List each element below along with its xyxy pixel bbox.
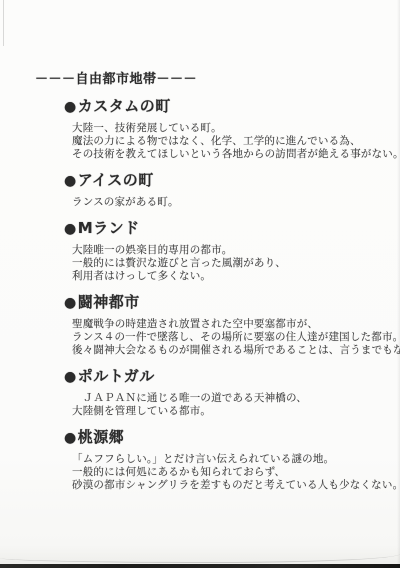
section-body: ランスの家がある町。 [64,196,386,209]
section-portugal: ●ポルトガル ＪＡＰＡＮに通じる唯一の道である天神橋の、 大陸側を管理している都… [64,368,386,418]
body-line: ランスの家がある町。 [72,196,386,209]
body-line: 砂漠の都市シャングリラを差すものだと考えている人も少なくない。 [72,479,386,492]
section-body: 「ムフフらしい。」とだけ言い伝えられている謎の地。 一般的には何処にあるかも知ら… [64,453,386,492]
body-line: 「ムフフらしい。」とだけ言い伝えられている謎の地。 [72,453,386,466]
body-line: 聖魔戦争の時建造され放置された空中要塞都市が、 [72,318,386,331]
scan-bottom-edge [0,564,400,568]
section-title: Mランド [78,219,140,237]
scanned-page: －－－自由都市地帯－－－ ●カスタムの町 大陸一、技術発展している町。 魔法の力… [0,0,400,568]
section-body: 大陸一、技術発展している町。 魔法の力による物ではなく、化学、工学的に進んでいる… [64,122,386,161]
section-m-land: ●Mランド 大陸唯一の娯楽目的専用の都市。 一般的には贅沢な遊びと言った風潮があ… [64,220,386,283]
body-line: 一般的には何処にあるかも知られておらず、 [72,466,386,479]
section-body: ＪＡＰＡＮに通じる唯一の道である天神橋の、 大陸側を管理している都市。 [64,392,386,418]
scan-edge-left [3,0,4,46]
bullet-icon: ● [64,221,77,237]
section-body: 聖魔戦争の時建造され放置された空中要塞都市が、 ランス４の一件で墜落し、その場所… [64,318,386,357]
body-line: 後々闘神大会なるものが開催される場所であることは、言うまでもない。 [72,344,386,357]
body-line: 大陸唯一の娯楽目的専用の都市。 [72,244,386,257]
section-heading: ●Mランド [64,220,386,237]
body-line: その技術を教えてほしいという各地からの訪問者が絶える事がない。 [72,148,386,161]
body-line: ＪＡＰＡＮに通じる唯一の道である天神橋の、 [72,392,386,405]
body-line: 魔法の力による物ではなく、化学、工学的に進んでいる為、 [72,135,386,148]
body-line: 大陸側を管理している都市。 [72,405,386,418]
page-title: －－－自由都市地帯－－－ [35,73,400,87]
section-title: 闘神都市 [78,293,140,311]
section-heading: ●ポルトガル [64,368,386,385]
bullet-icon: ● [64,430,77,446]
page-curl-shadow [0,548,400,563]
section-heading: ●闘神都市 [64,294,386,311]
bullet-icon: ● [64,173,77,189]
bullet-icon: ● [64,295,77,311]
section-title: ポルトガル [78,367,155,385]
section-tougenkyou: ●桃源郷 「ムフフらしい。」とだけ言い伝えられている謎の地。 一般的には何処にあ… [64,429,386,492]
screenshot-root: { "page": { "header": "－－－自由都市地帯－－－", "b… [0,0,400,568]
section-custom-town: ●カスタムの町 大陸一、技術発展している町。 魔法の力による物ではなく、化学、工… [64,98,386,161]
section-heading: ●カスタムの町 [64,98,386,115]
section-body: 大陸唯一の娯楽目的専用の都市。 一般的には贅沢な遊びと言った風潮があり、 利用者… [64,244,386,283]
section-title: 桃源郷 [78,428,125,446]
section-ice-town: ●アイスの町 ランスの家がある町。 [64,172,386,209]
section-title: アイスの町 [78,171,154,189]
section-heading: ●桃源郷 [64,429,386,446]
body-line: 一般的には贅沢な遊びと言った風潮があり、 [72,257,386,270]
body-line: 大陸一、技術発展している町。 [72,122,386,135]
section-toushin-city: ●闘神都市 聖魔戦争の時建造され放置された空中要塞都市が、 ランス４の一件で墜落… [64,294,386,357]
body-line: 利用者はけっして多くない。 [72,270,386,283]
body-line: ランス４の一件で墜落し、その場所に要塞の住人達が建国した都市。 [72,331,386,344]
bullet-icon: ● [64,99,77,115]
section-title: カスタムの町 [78,97,171,115]
section-heading: ●アイスの町 [64,172,386,189]
bullet-icon: ● [64,369,77,385]
